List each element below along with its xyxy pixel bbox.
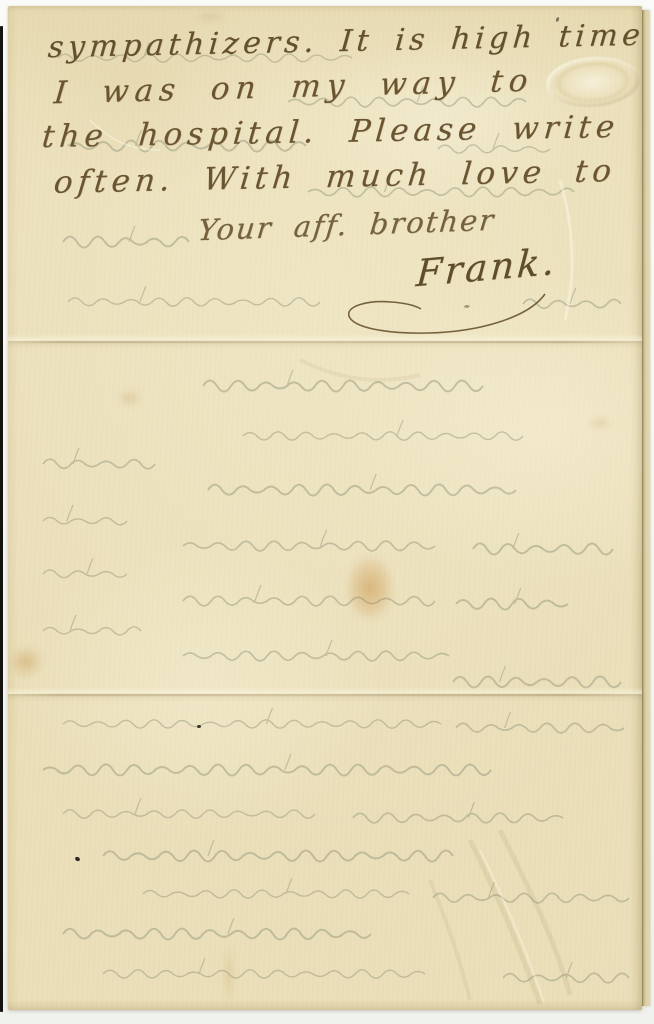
stain-large [338, 545, 402, 631]
signature-flourish [349, 294, 545, 333]
letter-paper: sympathizers. It is high time I was on m… [8, 6, 642, 1010]
fold-crease-upper [8, 341, 642, 353]
stain-small-1 [113, 386, 147, 410]
fold-crease-lower [8, 694, 642, 706]
ink-speck-1 [197, 725, 201, 728]
scan-edge-strip [0, 26, 3, 1012]
second-page-edge [642, 10, 649, 1006]
stain-small-2 [583, 413, 617, 433]
stain-top [188, 10, 232, 24]
stain-streak [222, 934, 236, 1010]
